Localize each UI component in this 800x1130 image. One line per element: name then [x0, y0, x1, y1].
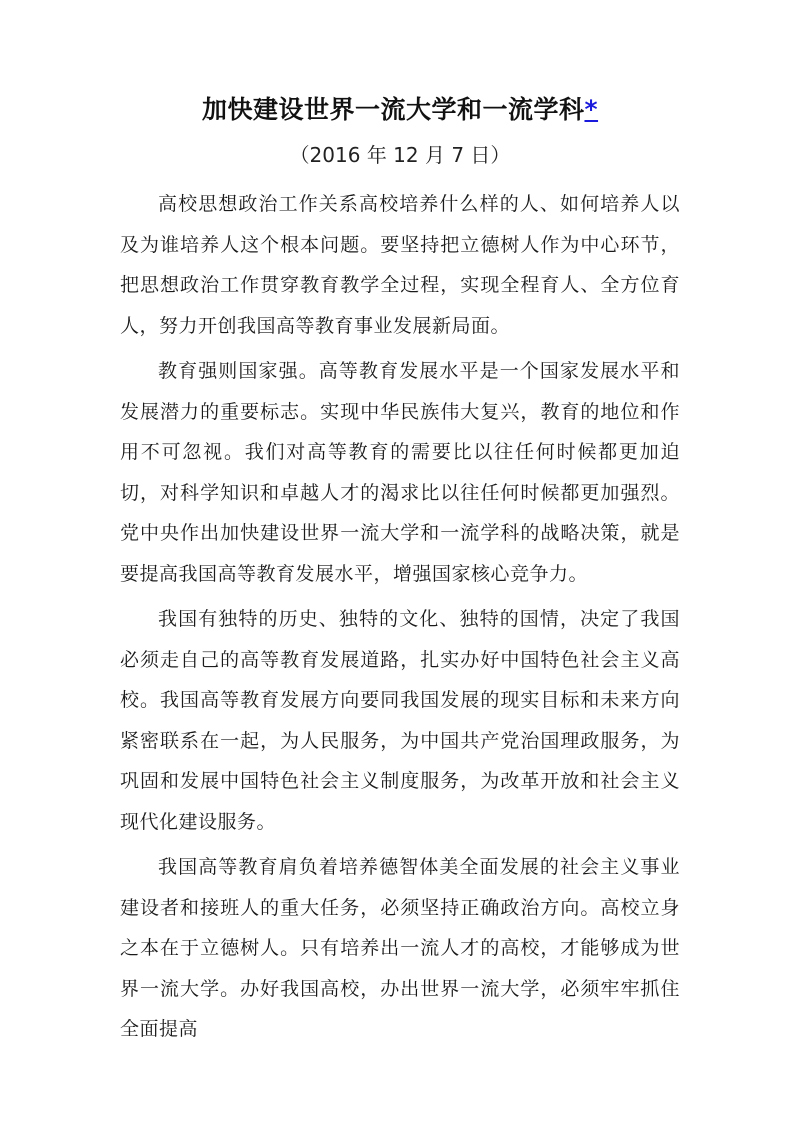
paragraph: 我国有独特的历史、独特的文化、独特的国情，决定了我国必须走自己的高等教育发展道路… [120, 599, 680, 842]
document-body: 高校思想政治工作关系高校培养什么样的人、如何培养人以及为谁培养人这个根本问题。要… [120, 184, 680, 1050]
document-date: （2016 年 12 月 7 日） [120, 140, 680, 170]
paragraph: 教育强则国家强。高等教育发展水平是一个国家发展水平和发展潜力的重要标志。实现中华… [120, 351, 680, 594]
paragraph: 高校思想政治工作关系高校培养什么样的人、如何培养人以及为谁培养人这个根本问题。要… [120, 184, 680, 346]
title-text: 加快建设世界一流大学和一流学科 [202, 95, 585, 124]
footnote-link[interactable]: * [584, 95, 598, 124]
document-page: 加快建设世界一流大学和一流学科* （2016 年 12 月 7 日） 高校思想政… [0, 0, 800, 1130]
paragraph: 我国高等教育肩负着培养德智体美全面发展的社会主义事业建设者和接班人的重大任务，必… [120, 847, 680, 1050]
document-title: 加快建设世界一流大学和一流学科* [120, 90, 680, 130]
